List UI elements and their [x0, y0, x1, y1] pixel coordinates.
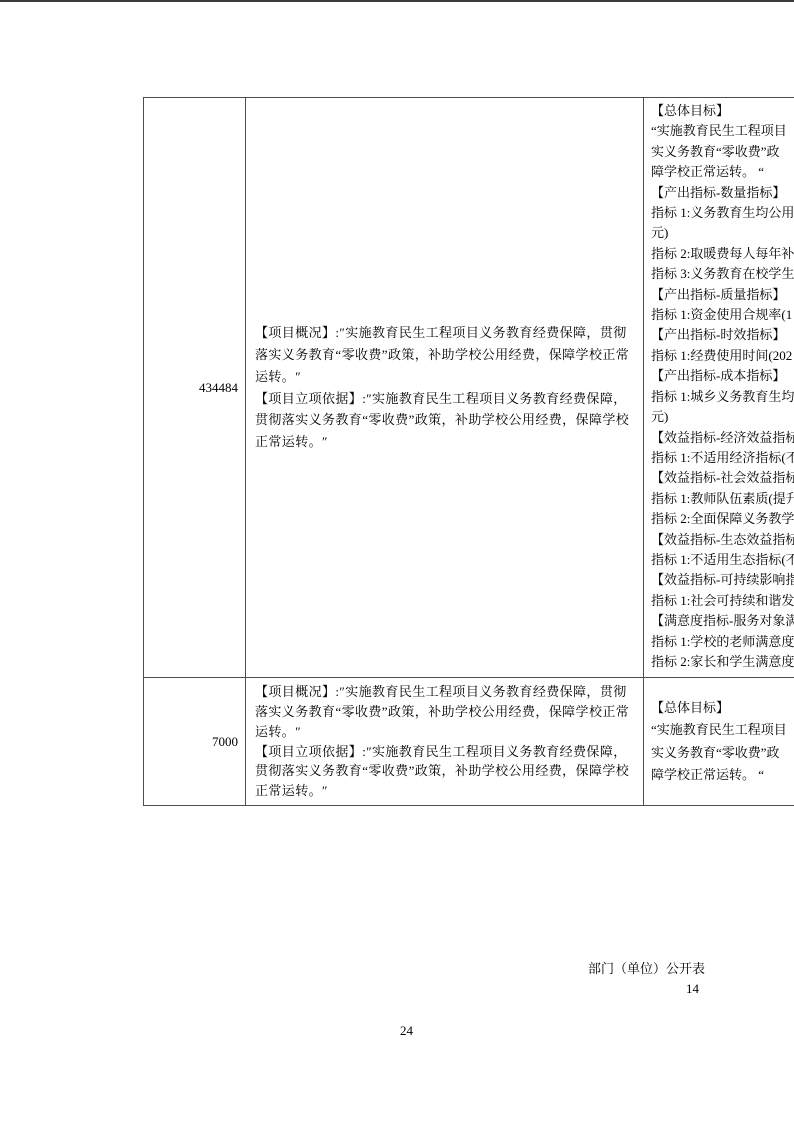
text-line: 【产出指标-时效指标】 — [651, 325, 794, 345]
text-line: 贯彻落实义务教育“零收费”政策，补助学校公用经费，保障学校 — [255, 409, 637, 431]
text-line: 运转。″ — [255, 722, 637, 742]
amount-cell: 7000 — [144, 678, 246, 805]
text-line: 元) — [651, 407, 794, 427]
text-line: 指标 3:义务教育在校学生 — [651, 264, 794, 284]
text-line: 指标 2:全面保障义务教学 — [651, 509, 794, 529]
budget-table: 434484 【项目概况】:″实施教育民生工程项目义务教育经费保障，贯彻落实义务… — [143, 97, 794, 806]
text-line: 指标 1:教师队伍素质(提升 — [651, 489, 794, 509]
performance-indicators-cell: 【总体目标】“实施教育民生工程项目实义务教育“零收费”政障学校正常运转。 “ — [644, 678, 794, 805]
text-line: 指标 1:不适用经济指标(不 — [651, 448, 794, 468]
table-row: 7000 【项目概况】:″实施教育民生工程项目义务教育经费保障，贯彻落实义务教育… — [144, 678, 794, 805]
text-line: 【产出指标-成本指标】 — [651, 366, 794, 386]
text-line: 【效益指标-可持续影响指 — [651, 570, 794, 590]
project-description-cell: 【项目概况】:″实施教育民生工程项目义务教育经费保障，贯彻落实义务教育“零收费”… — [246, 98, 644, 677]
text-line: 指标 1:经费使用时间(202 — [651, 346, 794, 366]
text-line: “实施教育民生工程项目 — [651, 719, 794, 741]
performance-indicators-cell: 【总体目标】“实施教育民生工程项目实义务教育“零收费”政障学校正常运转。 “【产… — [644, 98, 794, 677]
text-line: 【项目立项依据】:″实施教育民生工程项目义务教育经费保障， — [255, 388, 637, 410]
page-number: 24 — [400, 1023, 413, 1039]
text-line: 指标 1:不适用生态指标(不 — [651, 550, 794, 570]
footer-table-number: 14 — [686, 981, 699, 997]
table-row: 434484 【项目概况】:″实施教育民生工程项目义务教育经费保障，贯彻落实义务… — [144, 98, 794, 678]
text-line: 落实义务教育“零收费”政策，补助学校公用经费，保障学校正常 — [255, 344, 637, 366]
text-line: 【效益指标-经济效益指标 — [651, 428, 794, 448]
text-line: 指标 1:资金使用合规率(1 — [651, 305, 794, 325]
text-line: 障学校正常运转。 “ — [651, 162, 794, 182]
text-line: 【满意度指标-服务对象满 — [651, 611, 794, 631]
text-line: 障学校正常运转。 “ — [651, 764, 794, 786]
text-line: 贯彻落实义务教育“零收费”政策，补助学校公用经费，保障学校 — [255, 761, 637, 781]
text-line: “实施教育民生工程项目 — [651, 121, 794, 141]
text-line: 【产出指标-质量指标】 — [651, 285, 794, 305]
text-line: 落实义务教育“零收费”政策，补助学校公用经费，保障学校正常 — [255, 702, 637, 722]
text-line: 实义务教育“零收费”政 — [651, 742, 794, 764]
text-line: 【效益指标-社会效益指标 — [651, 468, 794, 488]
text-line: 运转。″ — [255, 366, 637, 388]
text-line: 指标 2:家长和学生满意度 — [651, 652, 794, 672]
text-line: 【产出指标-数量指标】 — [651, 183, 794, 203]
text-line: 【总体目标】 — [651, 101, 794, 121]
page-top-rule — [0, 0, 794, 2]
text-line: 【效益指标-生态效益指标 — [651, 530, 794, 550]
text-line: 指标 1:义务教育生均公用 — [651, 203, 794, 223]
text-line: 指标 1:城乡义务教育生均 — [651, 387, 794, 407]
text-line: 正常运转。″ — [255, 781, 637, 801]
amount-cell: 434484 — [144, 98, 246, 677]
text-line: 【总体目标】 — [651, 697, 794, 719]
text-line: 【项目概况】:″实施教育民生工程项目义务教育经费保障，贯彻 — [255, 322, 637, 344]
text-line: 【项目立项依据】:″实施教育民生工程项目义务教育经费保障， — [255, 742, 637, 762]
text-line: 指标 1:学校的老师满意度 — [651, 632, 794, 652]
text-line: 【项目概况】:″实施教育民生工程项目义务教育经费保障，贯彻 — [255, 682, 637, 702]
text-line: 指标 2:取暖费每人每年补 — [651, 244, 794, 264]
footer-caption: 部门（单位）公开表 — [588, 958, 705, 977]
project-description-cell: 【项目概况】:″实施教育民生工程项目义务教育经费保障，贯彻落实义务教育“零收费”… — [246, 678, 644, 805]
text-line: 指标 1:社会可持续和谐发 — [651, 591, 794, 611]
text-line: 正常运转。″ — [255, 431, 637, 453]
text-line: 元) — [651, 223, 794, 243]
text-line: 实义务教育“零收费”政 — [651, 142, 794, 162]
